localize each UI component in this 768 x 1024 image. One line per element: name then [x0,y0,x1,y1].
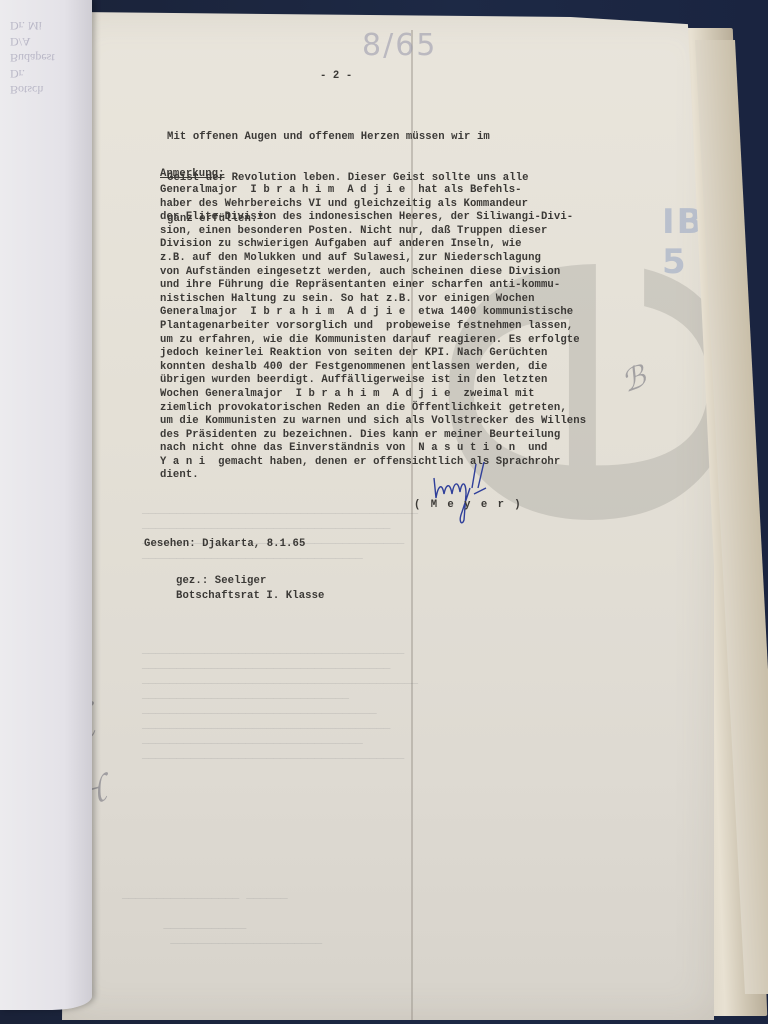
note-line: und ihre Führung die Repräsentanten eine… [160,279,586,293]
note-line: von Aufständen eingesetzt werden, auch s… [160,266,586,280]
note-line: Plantagenarbeiter vorsorglich und probew… [160,320,586,334]
pencil-mark: ℬ [617,359,651,400]
note-line: Wochen Generalmajor I b r a h i m A d j … [160,388,586,402]
note-line: Y a n i gemacht haben, denen er offensic… [160,456,586,470]
note-line: nistischen Haltung zu sein. So hat z.B. … [160,293,586,307]
note-line: übrigen wurden beerdigt. Auffälligerweis… [160,374,586,388]
bleed-through-text: ────────────────────────────────────────… [142,492,418,567]
note-body: Generalmajor I b r a h i m A d j i e hat… [160,184,586,483]
note-line: dient. [160,469,586,483]
page-number: - 2 - [320,70,352,84]
note-line: konnten deshalb 400 der Festgenommenen e… [160,361,586,375]
note-line: um zu erfahren, wie die Kommunisten dara… [160,334,586,348]
mirrored-text: Botsch Dr. Budapest D/A Dr. Mi [10,18,55,98]
bleed-through-text: ────────────────────────────────────── ─… [142,632,418,767]
note-line: der Elite-Division des indonesischen Hee… [160,211,586,225]
note-line: des Präsidenten zu bezeichnen. Dies kann… [160,429,586,443]
note-line: Generalmajor I b r a h i m A d j i e etw… [160,306,586,320]
quote-line: Mit offenen Augen und offenem Herzen müs… [167,131,529,145]
signatory-rank: Botschaftsrat I. Klasse [176,590,325,604]
file-number-stamp: 8/65 [362,28,437,63]
note-line: Generalmajor I b r a h i m A d j i e hat… [160,184,586,198]
handwritten-signature [428,458,488,528]
note-line: jedoch keinerlei Reaktion von seiten der… [160,347,586,361]
note-line: Division zu schwierigen Aufgaben auf and… [160,238,586,252]
note-line: um die Kommunisten zu warnen und sich al… [160,415,586,429]
note-line: z.B. auf den Molukken und auf Sulawesi, … [160,252,586,266]
typed-signatory: ( M e y e r ) [414,499,523,513]
note-line: sion, einen besonderen Posten. Nicht nur… [160,225,586,239]
note-line: ziemlich provokatorischen Reden an die Ö… [160,402,586,416]
bleed-through-text: ───────────────── ────── ──────────── ──… [122,892,322,952]
seen-line: Gesehen: Djakarta, 8.1.65 [144,538,305,552]
signed-line: gez.: Seeliger [176,575,266,589]
note-line: haber des Wehrbereichs VI und gleichzeit… [160,198,586,212]
note-heading: Anmerkung: [160,168,225,182]
note-line: nach nicht ohne das Einverständnis von N… [160,442,586,456]
previous-page: Botsch Dr. Budapest D/A Dr. Mi [0,0,92,1010]
